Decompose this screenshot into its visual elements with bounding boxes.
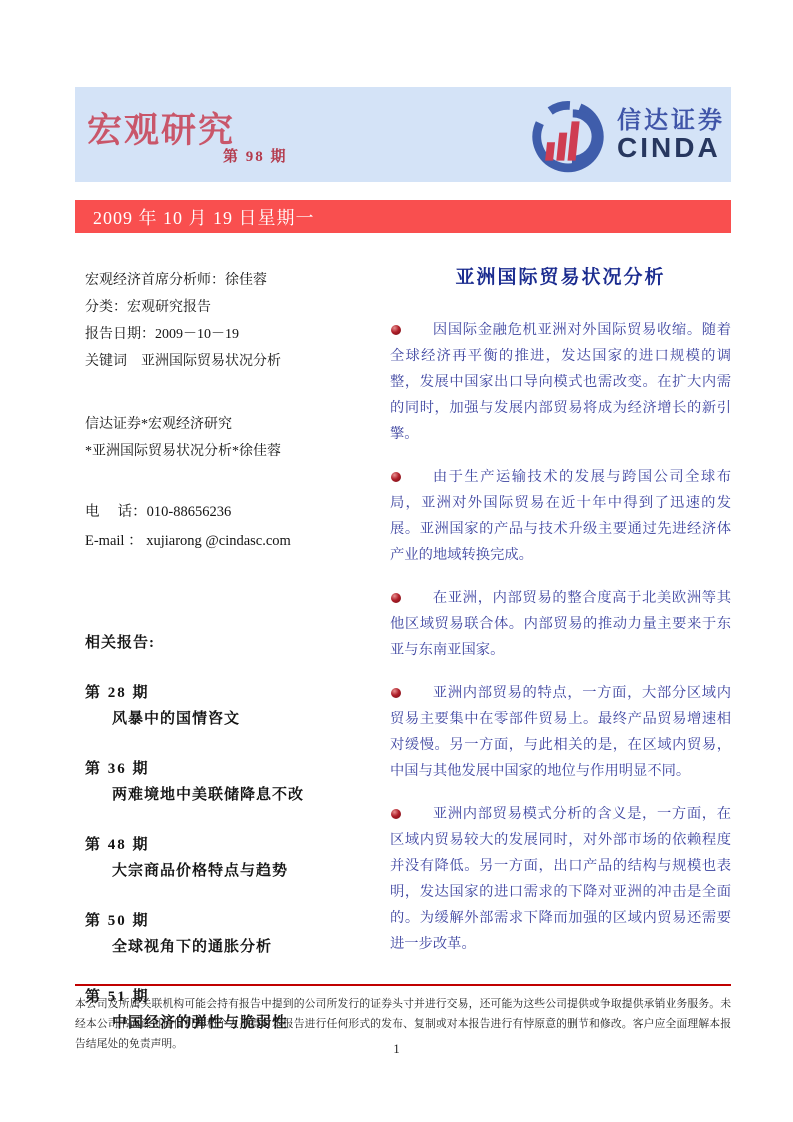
summary-paragraph: 因国际金融危机亚洲对外国际贸易收缩。随着全球经济再平衡的推进，发达国家的进口规模…	[390, 317, 731, 447]
page-content: 宏观经济首席分析师：徐佳蓉 分类：宏观研究报告 报告日期：2009－10－19 …	[75, 255, 731, 1032]
contact-block: 电 话：010-88656236 E-mail ： xujiarong @cin…	[85, 498, 380, 556]
summary-paragraph: 亚洲内部贸易模式分析的含义是，一方面，在区域内贸易较大的发展同时，对外部市场的依…	[390, 801, 731, 957]
paragraph-text: 亚洲内部贸易模式分析的含义是，一方面，在区域内贸易较大的发展同时，对外部市场的依…	[390, 806, 731, 952]
email-label: E-mail ：	[85, 533, 143, 549]
analyst-info: 宏观经济首席分析师：徐佳蓉 分类：宏观研究报告 报告日期：2009－10－19 …	[85, 267, 380, 375]
report-issue: 第 50 期	[85, 909, 380, 930]
issue-number: 第 98 期	[223, 145, 288, 166]
phone-label: 电 话：	[85, 504, 147, 520]
report-title: 大宗商品价格特点与趋势	[112, 859, 380, 880]
citation-line: *亚洲国际贸易状况分析*徐佳蓉	[85, 438, 380, 465]
citation-line: 信达证券*宏观经济研究	[85, 411, 380, 438]
bullet-icon	[391, 809, 401, 819]
related-report-item: 第 48 期 大宗商品价格特点与趋势	[85, 833, 380, 880]
cinda-logo-icon	[525, 95, 611, 175]
paragraph-text: 因国际金融危机亚洲对外国际贸易收缩。随着全球经济再平衡的推进，发达国家的进口规模…	[390, 322, 731, 442]
related-report-item: 第 50 期 全球视角下的通胀分析	[85, 909, 380, 956]
summary-paragraph: 在亚洲，内部贸易的整合度高于北美欧洲等其他区域贸易联合体。内部贸易的推动力量主要…	[390, 585, 731, 663]
logo-text: 信达证券 CINDA	[617, 109, 725, 162]
report-title: 全球视角下的通胀分析	[112, 935, 380, 956]
paragraph-text: 由于生产运输技术的发展与跨国公司全球布局，亚洲对外国际贸易在近十年中得到了迅速的…	[390, 469, 731, 563]
masthead-title: 宏观研究	[87, 103, 235, 153]
date-banner: 2009 年 10 月 19 日星期一	[75, 200, 731, 233]
category-line: 分类：宏观研究报告	[85, 294, 380, 321]
report-title: 两难境地中美联储降息不改	[112, 783, 380, 804]
logo-cn-name: 信达证券	[617, 109, 725, 133]
analyst-line: 宏观经济首席分析师：徐佳蓉	[85, 267, 380, 294]
report-title: 风暴中的国情咨文	[112, 707, 380, 728]
citation-block: 信达证券*宏观经济研究 *亚洲国际贸易状况分析*徐佳蓉	[85, 411, 380, 465]
summary-paragraph: 亚洲内部贸易的特点，一方面，大部分区域内贸易主要集中在零部件贸易上。最终产品贸易…	[390, 680, 731, 784]
page-number: 1	[0, 1042, 793, 1057]
keywords-line: 关键词 亚洲国际贸易状况分析	[85, 348, 380, 375]
phone-value: 010-88656236	[147, 504, 232, 520]
summary-paragraph: 由于生产运输技术的发展与跨国公司全球布局，亚洲对外国际贸易在近十年中得到了迅速的…	[390, 464, 731, 568]
article: 亚洲国际贸易状况分析 因国际金融危机亚洲对外国际贸易收缩。随着全球经济再平衡的推…	[390, 255, 731, 1032]
email-line: E-mail ： xujiarong @cindasc.com	[85, 527, 380, 556]
paragraph-text: 在亚洲，内部贸易的整合度高于北美欧洲等其他区域贸易联合体。内部贸易的推动力量主要…	[390, 590, 731, 658]
bullet-icon	[391, 472, 401, 482]
report-issue: 第 36 期	[85, 757, 380, 778]
related-report-item: 第 36 期 两难境地中美联储降息不改	[85, 757, 380, 804]
logo-en-name: CINDA	[617, 134, 725, 162]
related-report-item: 第 28 期 风暴中的国情咨文	[85, 681, 380, 728]
phone-line: 电 话：010-88656236	[85, 498, 380, 527]
report-issue: 第 48 期	[85, 833, 380, 854]
article-title: 亚洲国际贸易状况分析	[390, 262, 731, 289]
bullet-icon	[391, 688, 401, 698]
paragraph-text: 亚洲内部贸易的特点，一方面，大部分区域内贸易主要集中在零部件贸易上。最终产品贸易…	[390, 685, 731, 779]
footer-divider	[75, 984, 731, 986]
cinda-logo: 信达证券 CINDA	[525, 93, 725, 176]
masthead: 宏观研究 第 98 期 信达证券 CINDA	[75, 87, 731, 182]
related-reports-heading: 相关报告:	[85, 631, 380, 652]
bullet-icon	[391, 325, 401, 335]
bullet-icon	[391, 593, 401, 603]
email-value: xujiarong @cindasc.com	[146, 533, 291, 549]
report-page: 宏观研究 第 98 期 信达证券 CINDA 2009 年 10 月 19 日星…	[0, 0, 793, 1122]
report-date-line: 报告日期：2009－10－19	[85, 321, 380, 348]
sidebar: 宏观经济首席分析师：徐佳蓉 分类：宏观研究报告 报告日期：2009－10－19 …	[75, 255, 380, 1032]
report-issue: 第 28 期	[85, 681, 380, 702]
